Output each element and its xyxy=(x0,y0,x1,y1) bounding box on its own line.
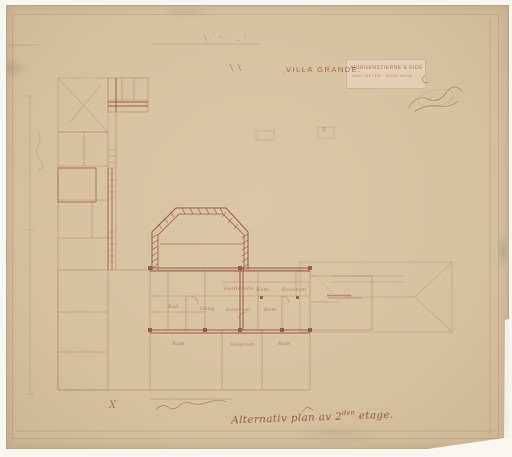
architect-stamp-line2: ARKITEKTER · KRISTIANIA xyxy=(352,73,412,78)
aged-paper-sheet xyxy=(6,5,509,449)
caption-text-post: etage. xyxy=(355,409,394,422)
tiny-archive-stamp-letter: E xyxy=(322,127,327,134)
scanned-drawing: VILLA GRANDE. MORGENSTIERNE & EIDE ARKIT… xyxy=(0,0,512,457)
caption-superscript: den xyxy=(342,409,355,417)
architect-stamp-line1: MORGENSTIERNE & EIDE xyxy=(351,65,423,71)
